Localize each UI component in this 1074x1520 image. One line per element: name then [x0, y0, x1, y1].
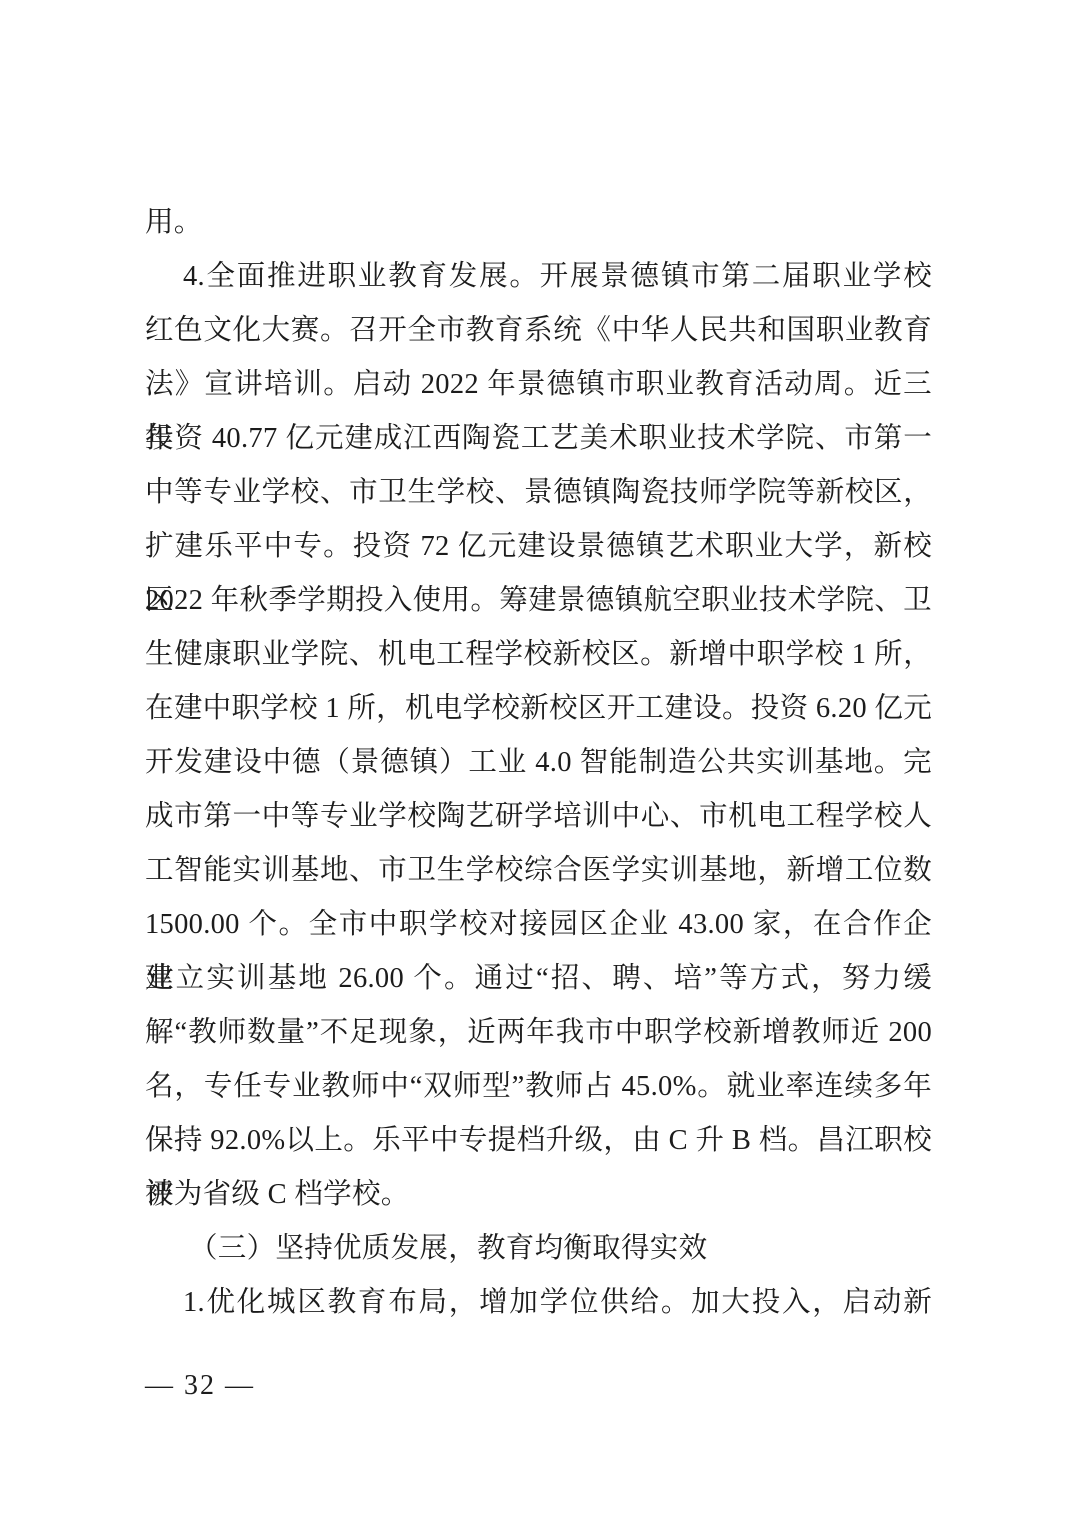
text-line: 解“教师数量”不足现象，近两年我市中职学校新增教师近 200 — [145, 1006, 932, 1060]
text-line: 中等专业学校、市卫生学校、景德镇陶瓷技师学院等新校区， — [145, 466, 932, 520]
section-heading-3: （三）坚持优质发展，教育均衡取得实效 — [145, 1222, 932, 1276]
text-line: 2022 年秋季学期投入使用。筹建景德镇航空职业技术学院、卫 — [145, 574, 932, 628]
text-line-paragraph-end: 评为省级 C 档学校。 — [145, 1168, 932, 1222]
text-line: 法》宣讲培训。启动 2022 年景德镇市职业教育活动周。近三年 — [145, 358, 932, 412]
text-line: 建立实训基地 26.00 个。通过“招、聘、培”等方式，努力缓 — [145, 952, 932, 1006]
text-line-paragraph-1-start: 1.优化城区教育布局，增加学位供给。加大投入，启动新 — [145, 1276, 932, 1330]
text-line: 1500.00 个。全市中职学校对接园区企业 43.00 家，在合作企业 — [145, 898, 932, 952]
text-line: 生健康职业学院、机电工程学校新校区。新增中职学校 1 所， — [145, 628, 932, 682]
text-line: 名，专任专业教师中“双师型”教师占 45.0%。就业率连续多年 — [145, 1060, 932, 1114]
text-line: 扩建乐平中专。投资 72 亿元建设景德镇艺术职业大学，新校区 — [145, 520, 932, 574]
text-line: 工智能实训基地、市卫生学校综合医学实训基地，新增工位数 — [145, 844, 932, 898]
text-line: 保持 92.0%以上。乐平中专提档升级，由 C 升 B 档。昌江职校被 — [145, 1114, 932, 1168]
page-number: — 32 — — [145, 1366, 255, 1406]
text-line: 用。 — [145, 196, 932, 250]
document-body: 用。 4.全面推进职业教育发展。开展景德镇市第二届职业学校 红色文化大赛。召开全… — [145, 196, 932, 1330]
text-line: 红色文化大赛。召开全市教育系统《中华人民共和国职业教育 — [145, 304, 932, 358]
text-line: 开发建设中德（景德镇）工业 4.0 智能制造公共实训基地。完 — [145, 736, 932, 790]
text-line: 在建中职学校 1 所，机电学校新校区开工建设。投资 6.20 亿元 — [145, 682, 932, 736]
text-line-paragraph-4-start: 4.全面推进职业教育发展。开展景德镇市第二届职业学校 — [145, 250, 932, 304]
document-page: 用。 4.全面推进职业教育发展。开展景德镇市第二届职业学校 红色文化大赛。召开全… — [0, 0, 1074, 1520]
text-line: 投资 40.77 亿元建成江西陶瓷工艺美术职业技术学院、市第一 — [145, 412, 932, 466]
text-line: 成市第一中等专业学校陶艺研学培训中心、市机电工程学校人 — [145, 790, 932, 844]
